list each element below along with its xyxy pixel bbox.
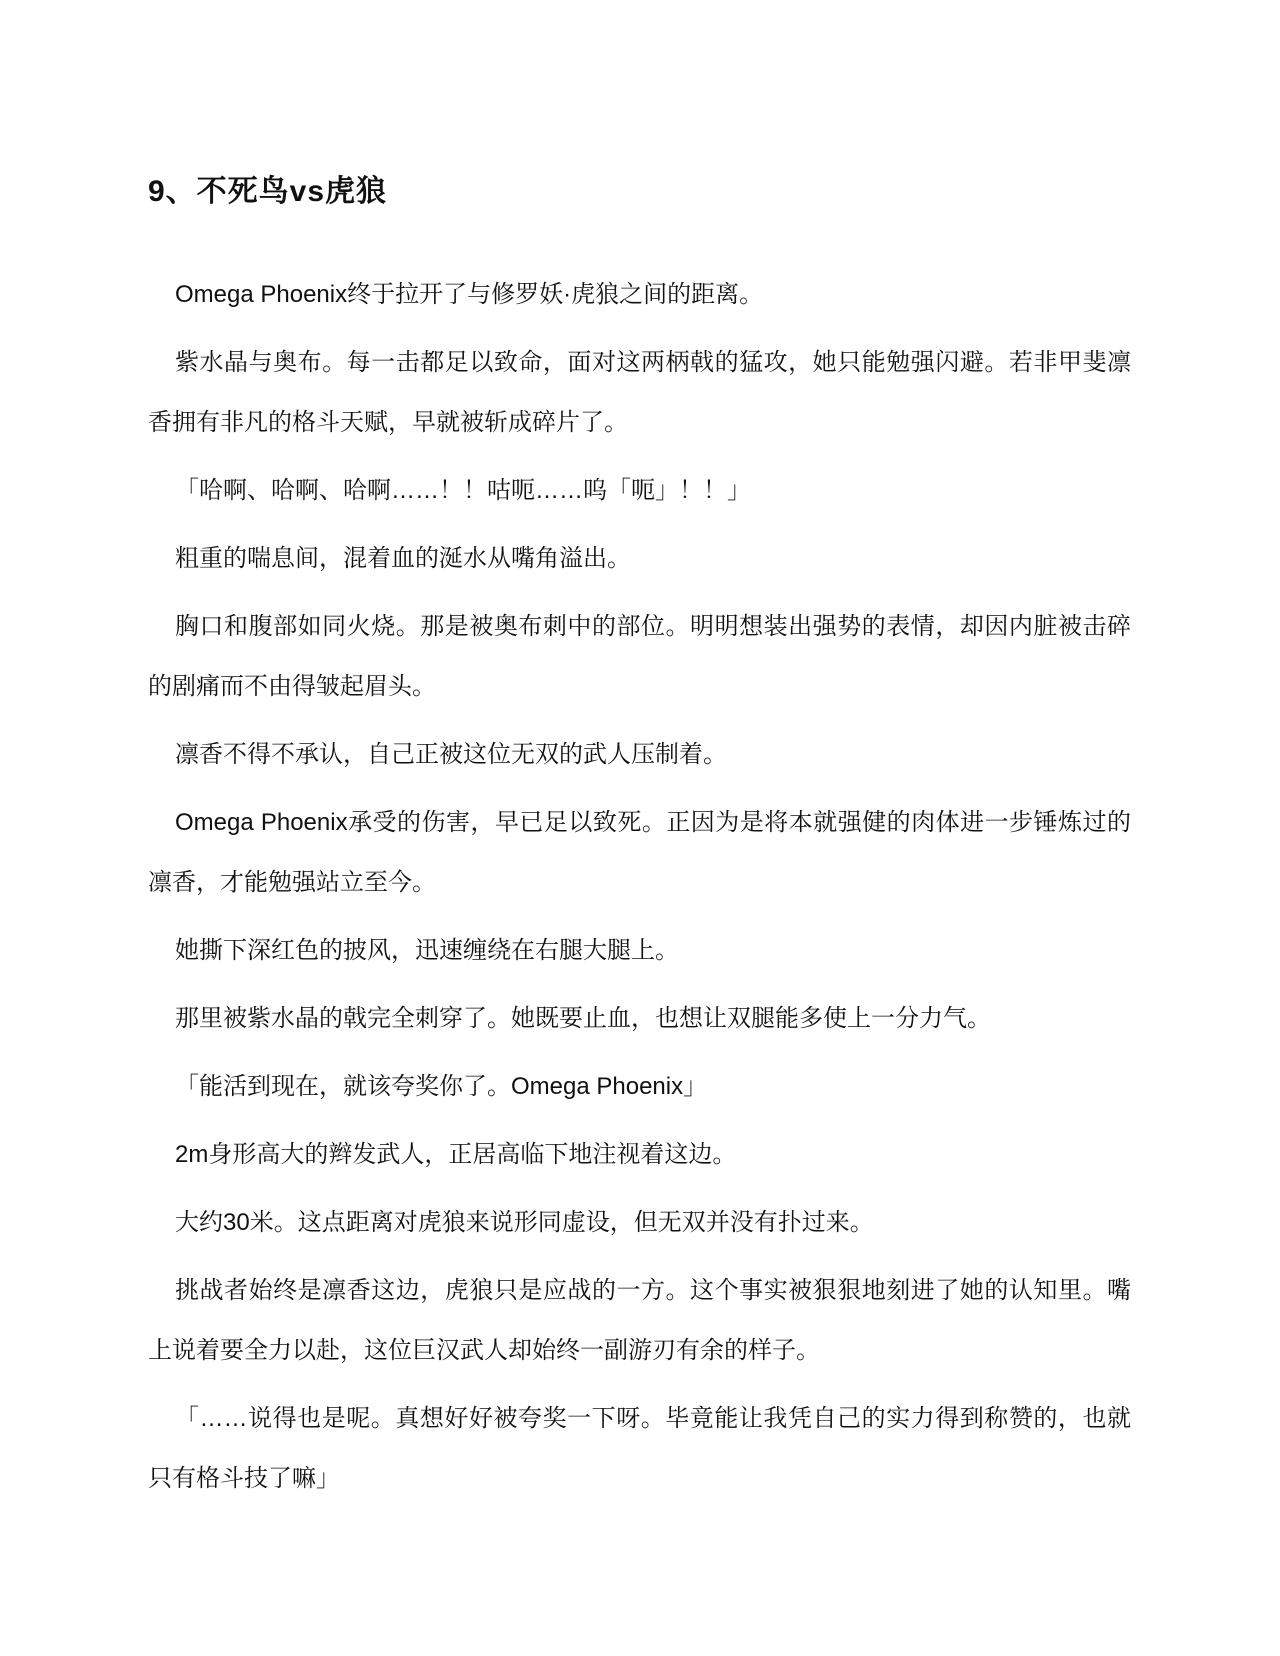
paragraph: 2m身形高大的辫发武人，正居高临下地注视着这边。	[148, 1125, 1131, 1185]
chapter-title: 9、不死鸟vs虎狼	[148, 172, 1131, 212]
paragraph: 挑战者始终是凛香这边，虎狼只是应战的一方。这个事实被狠狠地刻进了她的认知里。嘴上…	[148, 1261, 1131, 1381]
paragraph-dialogue: 「哈啊、哈啊、哈啊……！！咕呃……呜「呃」！！」	[148, 461, 1131, 521]
paragraph: 胸口和腹部如同火烧。那是被奥布刺中的部位。明明想装出强势的表情，却因内脏被击碎的…	[148, 597, 1131, 717]
paragraph: 凛香不得不承认，自己正被这位无双的武人压制着。	[148, 725, 1131, 785]
paragraph-dialogue: 「能活到现在，就该夸奖你了。Omega Phoenix」	[148, 1057, 1131, 1117]
paragraph: Omega Phoenix终于拉开了与修罗妖·虎狼之间的距离。	[148, 265, 1131, 325]
paragraph: 那里被紫水晶的戟完全刺穿了。她既要止血，也想让双腿能多使上一分力气。	[148, 989, 1131, 1049]
paragraph: Omega Phoenix承受的伤害，早已足以致死。正因为是将本就强健的肉体进一…	[148, 793, 1131, 913]
paragraph: 她撕下深红色的披风，迅速缠绕在右腿大腿上。	[148, 921, 1131, 981]
paragraph-dialogue: 「……说得也是呢。真想好好被夸奖一下呀。毕竟能让我凭自己的实力得到称赞的，也就只…	[148, 1389, 1131, 1509]
chapter-content: 9、不死鸟vs虎狼 Omega Phoenix终于拉开了与修罗妖·虎狼之间的距离…	[0, 0, 1280, 1509]
paragraph: 粗重的喘息间，混着血的涎水从嘴角溢出。	[148, 529, 1131, 589]
paragraph: 紫水晶与奥布。每一击都足以致命，面对这两柄戟的猛攻，她只能勉强闪避。若非甲斐凛香…	[148, 333, 1131, 453]
paragraph: 大约30米。这点距离对虎狼来说形同虚设，但无双并没有扑过来。	[148, 1193, 1131, 1253]
novel-reader-page: 9、不死鸟vs虎狼 Omega Phoenix终于拉开了与修罗妖·虎狼之间的距离…	[0, 0, 1280, 1656]
